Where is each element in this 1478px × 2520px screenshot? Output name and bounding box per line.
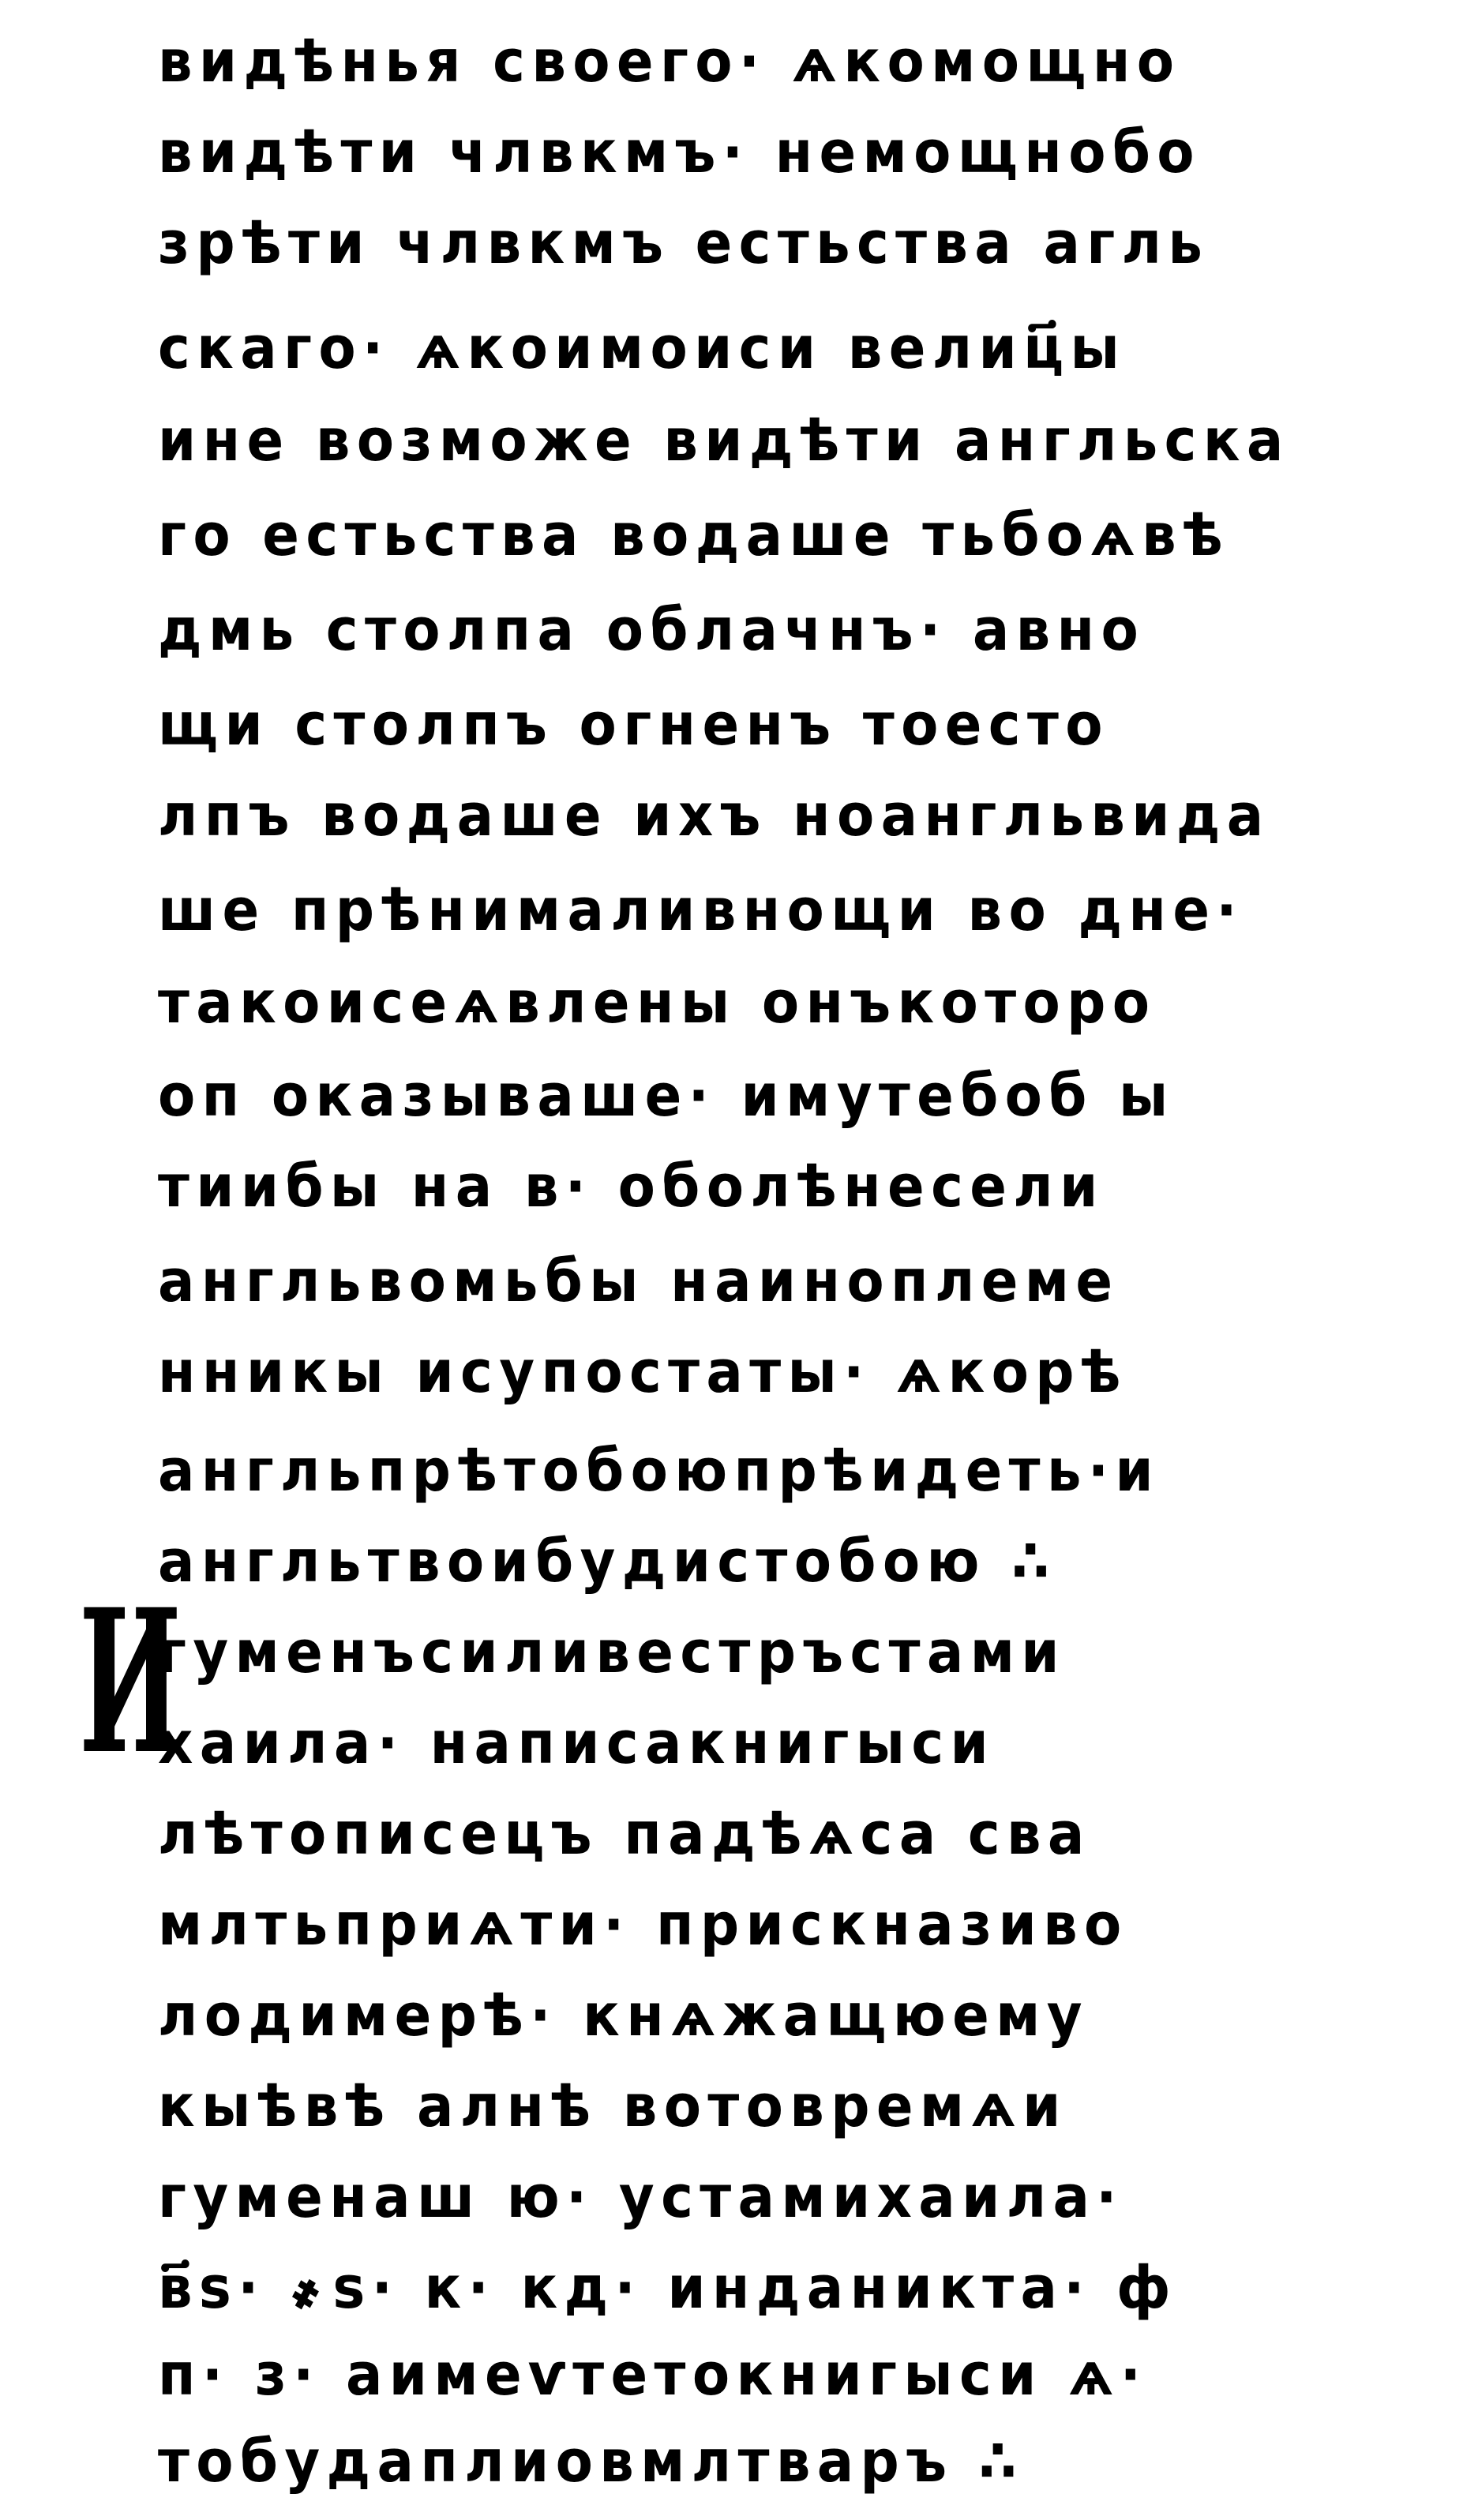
manuscript-line-23: кыѣвѣ алнѣ вотовремѧи: [158, 2068, 1259, 2144]
manuscript-line-7: дмь столпа облачнъ· авно: [158, 592, 1259, 668]
manuscript-line-9: лпъ водаше ихъ ноангльвида: [158, 778, 1259, 853]
manuscript-line-27: тобудаплиовмлтваръ ∴: [158, 2424, 1259, 2499]
manuscript-line-8: щи столпъ огненъ тоесто: [158, 687, 1259, 763]
manuscript-line-15: нникы исупостаты· ѧкорѣ: [158, 1334, 1259, 1410]
manuscript-line-4: скаго· ѧкоимоиси велиц҃ы: [158, 310, 1259, 386]
illuminated-initial-letter: И: [79, 1595, 118, 1768]
manuscript-line-11: такоисеѧвлены онъкоторо: [158, 965, 1259, 1041]
manuscript-line-5: ине возможе видѣти англьска: [158, 403, 1259, 478]
manuscript-line-24: гуменаш ю· устамихаила·: [158, 2159, 1259, 2235]
manuscript-line-1: видѣнья своего· ѧкомощно: [158, 24, 1259, 99]
manuscript-line-10: ше прѣнималивнощи во дне·: [158, 872, 1259, 948]
manuscript-line-21: млтьприѧти· прискназиво: [158, 1887, 1259, 1963]
manuscript-line-19: хаила· написакнигыси: [158, 1705, 1259, 1781]
manuscript-line-20: лѣтописецъ падѣѧса сва: [158, 1796, 1259, 1872]
manuscript-line-6: го естьства водаше тьбоѧвѣ: [158, 497, 1259, 573]
manuscript-line-17: англьтвоибудистобою ∴: [158, 1524, 1259, 1599]
manuscript-line-2: видѣти члвкмъ· немощнобо: [158, 114, 1259, 190]
manuscript-line-13: тиибы на в· оболѣнесели: [158, 1149, 1259, 1224]
manuscript-line-22: лодимерѣ· кнѧжащюему: [158, 1978, 1259, 2053]
manuscript-line-3: зрѣти члвкмъ естьства агль: [158, 205, 1259, 281]
manuscript-line-26: п· з· аимеѵтетокнигыси ѧ·: [158, 2337, 1259, 2413]
manuscript-line-25: в҃ѕ· ҂ѕ· к· кд· инданикта· ф: [158, 2250, 1259, 2326]
manuscript-line-12: оп оказываше· имутебоб ы: [158, 1058, 1259, 1134]
manuscript-line-14: англьвомьбы наиноплеме: [158, 1243, 1259, 1319]
manuscript-line-18: гуменъсиливестръстами: [158, 1614, 1259, 1690]
manuscript-line-16: англьпрѣтобоюпрѣидеть·и: [158, 1433, 1259, 1509]
manuscript-page: И видѣнья своего· ѧкомощно видѣти члвкмъ…: [0, 0, 1478, 2520]
